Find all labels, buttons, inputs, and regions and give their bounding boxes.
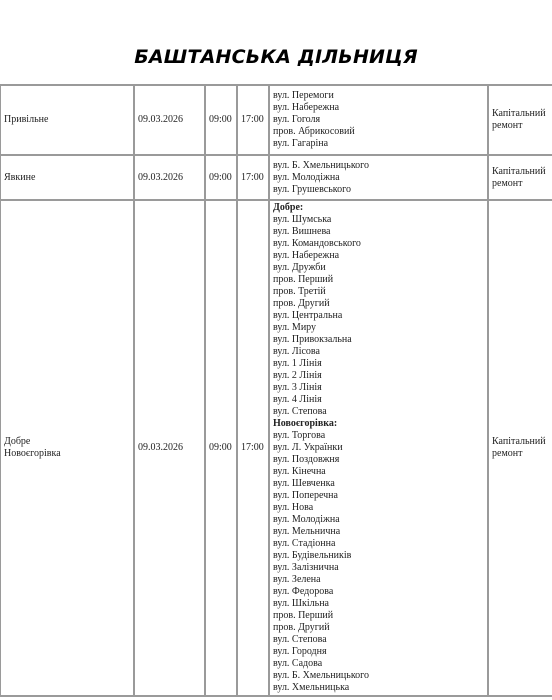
- work-type-cell: Капітальний ремонт: [488, 155, 552, 200]
- street-item: вул. Степова: [273, 406, 484, 418]
- street-item: вул. Гагаріна: [273, 138, 484, 150]
- street-item: вул. Б. Хмельницького: [273, 160, 484, 172]
- table-row: ДобреНовоєгорівка09.03.202609:0017:00Доб…: [0, 200, 552, 696]
- street-item: вул. Набережна: [273, 102, 484, 114]
- street-item: вул. Поздовжня: [273, 454, 484, 466]
- settlement-name: Явкине: [4, 172, 130, 184]
- street-item: вул. 3 Лінія: [273, 382, 484, 394]
- page-title: БАШТАНСЬКА ДІЛЬНИЦЯ: [0, 46, 552, 68]
- street-item: вул. Стадіонна: [273, 538, 484, 550]
- street-item: вул. Перемоги: [273, 90, 484, 102]
- street-item: вул. Командовського: [273, 238, 484, 250]
- street-item: вул. Шумська: [273, 214, 484, 226]
- table-row: Явкине09.03.202609:0017:00вул. Б. Хмельн…: [0, 155, 552, 200]
- street-item: вул. Миру: [273, 322, 484, 334]
- settlement-cell: Привільне: [0, 85, 134, 155]
- street-item: вул. Центральна: [273, 310, 484, 322]
- work-type-cell: Капітальний ремонт: [488, 200, 552, 696]
- end-time-cell: 17:00: [237, 155, 269, 200]
- streets-cell: Добре:вул. Шумськавул. Вишневавул. Коман…: [269, 200, 488, 696]
- street-item: пров. Другий: [273, 622, 484, 634]
- end-time-cell: 17:00: [237, 200, 269, 696]
- street-item: вул. Мельнична: [273, 526, 484, 538]
- street-item: вул. Зелена: [273, 574, 484, 586]
- street-item: вул. Будівельників: [273, 550, 484, 562]
- street-item: вул. Дружби: [273, 262, 484, 274]
- street-item: вул. Молодіжна: [273, 172, 484, 184]
- streets-cell: вул. Б. Хмельницькоговул. Молодіжнавул. …: [269, 155, 488, 200]
- street-item: вул. Торгова: [273, 430, 484, 442]
- street-item: вул. Привокзальна: [273, 334, 484, 346]
- street-item: вул. Степова: [273, 634, 484, 646]
- outage-schedule-table: Привільне09.03.202609:0017:00вул. Перемо…: [0, 84, 552, 697]
- settlement-name: Привільне: [4, 114, 130, 126]
- street-item: вул. 4 Лінія: [273, 394, 484, 406]
- street-item: пров. Перший: [273, 274, 484, 286]
- street-item: вул. 2 Лінія: [273, 370, 484, 382]
- street-item: пров. Другий: [273, 298, 484, 310]
- settlement-cell: Явкине: [0, 155, 134, 200]
- settlement-name: Новоєгорівка: [4, 448, 130, 460]
- streets-cell: вул. Перемогивул. Набережнавул. Гоголяпр…: [269, 85, 488, 155]
- settlement-group-label: Новоєгорівка:: [273, 418, 484, 430]
- settlement-name: Добре: [4, 436, 130, 448]
- street-item: вул. Городня: [273, 646, 484, 658]
- street-item: вул. Грушевського: [273, 184, 484, 196]
- settlement-group-label: Добре:: [273, 202, 484, 214]
- street-item: вул. Залізнична: [273, 562, 484, 574]
- date-cell: 09.03.2026: [134, 200, 205, 696]
- street-item: вул. Садова: [273, 658, 484, 670]
- street-item: пров. Абрикосовий: [273, 126, 484, 138]
- street-item: вул. Вишнева: [273, 226, 484, 238]
- street-item: вул. 1 Лінія: [273, 358, 484, 370]
- start-time-cell: 09:00: [205, 200, 237, 696]
- work-type-cell: Капітальний ремонт: [488, 85, 552, 155]
- street-item: вул. Л. Українки: [273, 442, 484, 454]
- street-item: вул. Поперечна: [273, 490, 484, 502]
- date-cell: 09.03.2026: [134, 155, 205, 200]
- street-item: вул. Набережна: [273, 250, 484, 262]
- street-item: пров. Третій: [273, 286, 484, 298]
- street-item: вул. Гоголя: [273, 114, 484, 126]
- end-time-cell: 17:00: [237, 85, 269, 155]
- street-item: вул. Нова: [273, 502, 484, 514]
- table-row: Привільне09.03.202609:0017:00вул. Перемо…: [0, 85, 552, 155]
- street-item: вул. Федорова: [273, 586, 484, 598]
- street-item: вул. Шевченка: [273, 478, 484, 490]
- street-item: пров. Перший: [273, 610, 484, 622]
- date-cell: 09.03.2026: [134, 85, 205, 155]
- start-time-cell: 09:00: [205, 155, 237, 200]
- street-item: вул. Б. Хмельницького: [273, 670, 484, 682]
- street-item: вул. Шкільна: [273, 598, 484, 610]
- settlement-cell: ДобреНовоєгорівка: [0, 200, 134, 696]
- start-time-cell: 09:00: [205, 85, 237, 155]
- street-item: вул. Лісова: [273, 346, 484, 358]
- street-item: вул. Хмельницька: [273, 682, 484, 694]
- street-item: вул. Кінечна: [273, 466, 484, 478]
- street-item: вул. Молодіжна: [273, 514, 484, 526]
